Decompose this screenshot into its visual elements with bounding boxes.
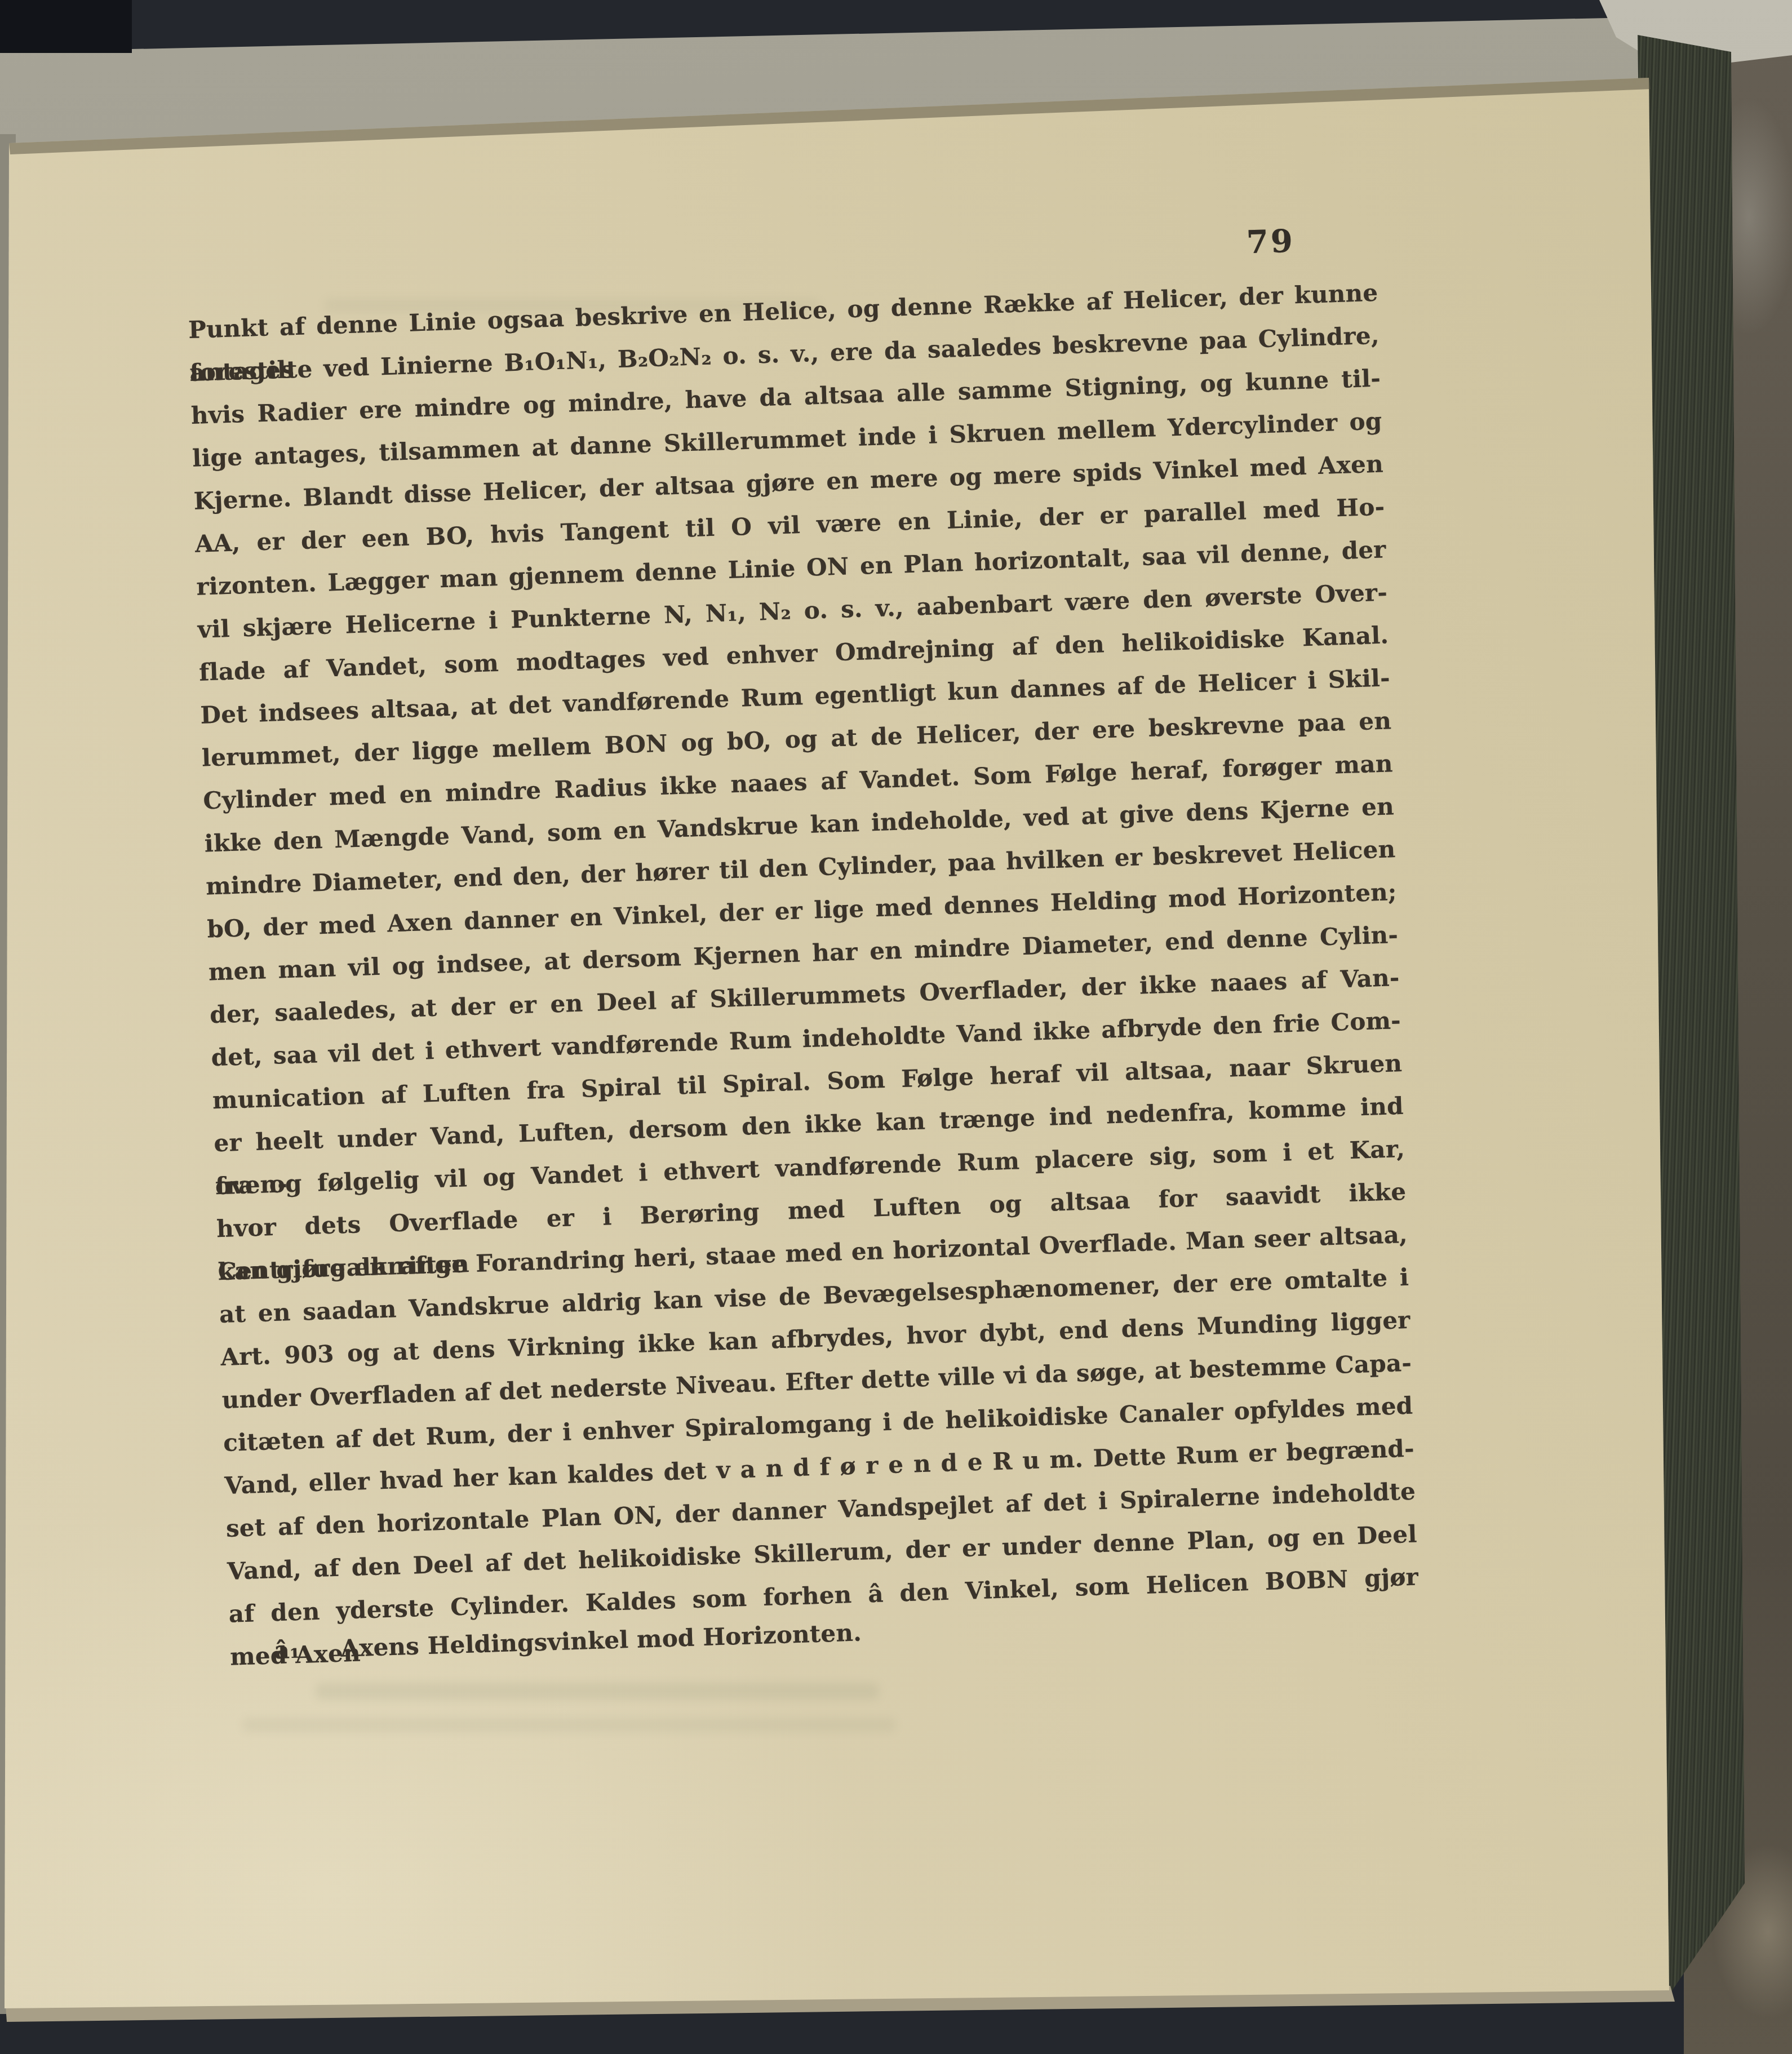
text-block: Punkt af denne Linie ogsaa beskrive en H… <box>188 272 1420 1679</box>
reverse-side-show-through <box>316 1683 879 1700</box>
background-corner-shadow <box>0 0 132 53</box>
definition-text: Axens Heldingsvinkel mod Horizonten. <box>340 1619 862 1662</box>
angle-symbol: â₁ <box>273 1629 300 1672</box>
scanned-book-photo: { "book_page": { "page_number": "79", "p… <box>0 0 1792 2054</box>
page-number: 79 <box>1246 223 1296 261</box>
book-page: 79 Punkt af denne Linie ogsaa beskrive e… <box>0 0 1792 2054</box>
reverse-side-show-through <box>242 1718 896 1732</box>
